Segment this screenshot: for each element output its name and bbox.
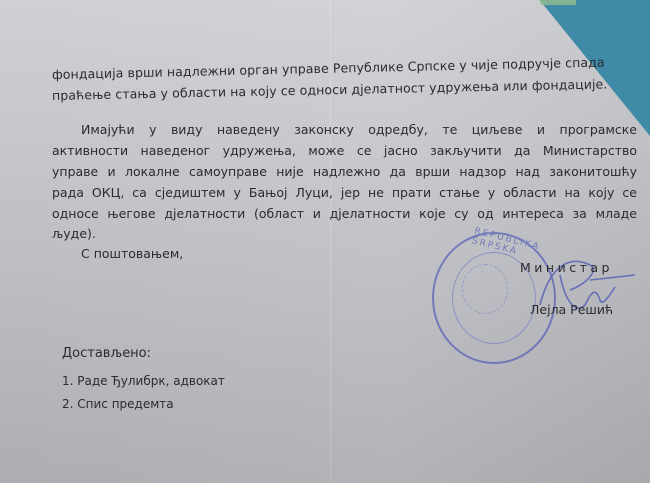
closing-salutation: С поштовањем, (81, 246, 183, 261)
paragraph-2-line-6: људе). (52, 226, 96, 241)
signature-icon (530, 245, 640, 330)
delivered-heading: Достављено: (62, 346, 151, 361)
signatory-title: Министар (520, 260, 613, 275)
stamp-coat-of-arms (462, 264, 508, 314)
paragraph-2-line-2: активности наведеног удружења, може се ј… (52, 143, 637, 158)
signatory-name: Лејла Решић (530, 302, 613, 317)
delivered-item-1: 1. Раде Ђулибрк, адвокат (62, 374, 225, 388)
paragraph-2-line-4: рада ОКЦ, са сједиштем у Бањој Луци, јер… (52, 185, 637, 200)
background-object (540, 0, 576, 5)
paragraph-2-line-3: управе и локалне самоуправе није надлежн… (52, 164, 637, 179)
paragraph-2-line-5: односе његове дјелатности (област и дјел… (52, 206, 637, 221)
delivered-item-2: 2. Спис предемта (62, 397, 174, 411)
paragraph-2-line-1: Имајући у виду наведену законску одредбу… (52, 122, 637, 137)
